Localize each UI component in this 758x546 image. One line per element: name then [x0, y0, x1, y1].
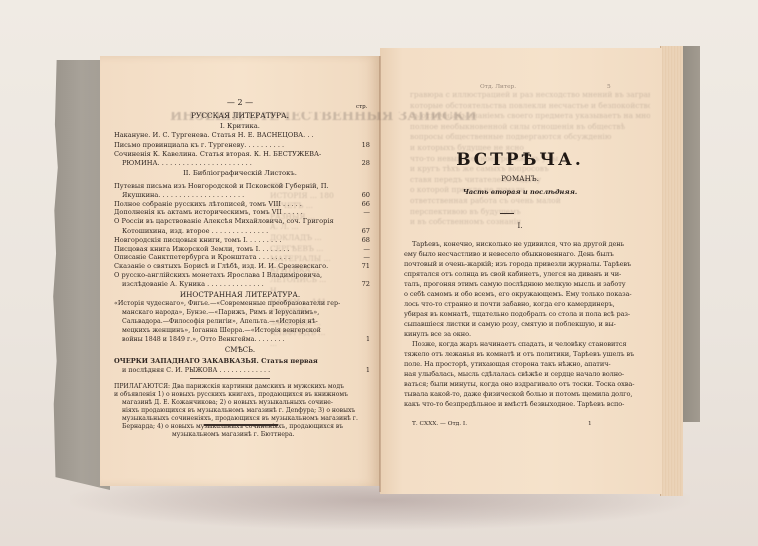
novel-title: ВСТРѢЧА.	[380, 150, 660, 170]
chapter-number: I.	[380, 222, 660, 230]
short-rule	[500, 213, 514, 214]
toc-entry: Сочиненія К. Кавелина. Статья вторая. К.…	[114, 150, 370, 159]
genre-label: РОМАНЪ.	[380, 174, 660, 183]
section-title-russian-literature: РУССКАЯ ЛИТЕРАТУРА.	[100, 111, 380, 120]
signature-number: 1	[588, 421, 592, 427]
page-column-label: стр.	[356, 104, 367, 110]
body-line: талъ, прогоняя этимъ самую послѣднюю мел…	[404, 279, 654, 290]
foreign-line: Сальвадора.—Философія религіи», Апельта.…	[114, 318, 370, 327]
body-line: тывала какой-то, даже физической болью и…	[404, 389, 654, 400]
left-page-number: — 2 —	[100, 98, 380, 107]
toc-entry: О Россіи въ царствованіе Алексѣя Михайло…	[114, 217, 370, 226]
toc-entry: Письмо провинциала къ г. Тургеневу. . . …	[114, 141, 370, 150]
body-line: ваться; были минуты, когда оно вздрагива…	[404, 379, 654, 390]
toc-entry: Дополненія къ актамъ историческимъ, томъ…	[114, 208, 370, 217]
part-label: Часть вторая и послѣдняя.	[380, 188, 660, 196]
body-line: ему было несчастливо и невесело обыкнове…	[404, 249, 654, 260]
toc-entry: изслѣдованіе А. Куника . . . . . . . . .…	[114, 280, 370, 289]
body-line: Тарѣевъ, конечно, нисколько не удивился,…	[404, 239, 654, 250]
page-stack-edges	[660, 46, 683, 496]
body-line: ная улыбалась, мысль сдѣлалась свѣжѣе и …	[404, 369, 654, 380]
body-line: сыпавшіеся листки и самую розу, смятую и…	[404, 319, 654, 330]
toc-entry: О русско-англійскихъ монетахъ Ярослава I…	[114, 271, 370, 280]
body-line: тяжело отъ лежанья въ комнатѣ и отъ поли…	[404, 349, 654, 360]
body-line: убирая въ комнатѣ, тщательно подобралъ с…	[404, 309, 654, 320]
ornamental-divider	[204, 424, 278, 426]
section-title-foreign-literature: ИНОСТРАННАЯ ЛИТЕРАТУРА.	[100, 290, 380, 299]
subsection-bibliographic-leaflet: II. Библіографическій Листокъ.	[100, 169, 380, 177]
running-head: Отд. Литер.	[480, 84, 516, 90]
body-line: о себѣ самомъ и обо всемъ, его окружающе…	[404, 289, 654, 300]
toc-entry: Новгородскія писцовыя книги, томъ I. . .…	[114, 236, 370, 245]
running-page-number: 5	[607, 84, 611, 90]
signature-mark: Т. CXXX. — Отд. I.	[412, 421, 467, 427]
foreign-line: манскаго народа», Бунзе.—«Парижъ, Римъ и…	[114, 309, 370, 318]
misc-line: и послѣдняя С. И. РЫЖОВА . . . . . . . .…	[114, 366, 370, 375]
body-line: лось что-то странно и почти забавно, ког…	[404, 299, 654, 310]
body-line: кинулъ все за окно.	[404, 329, 654, 340]
foreign-line: войны 1848 и 1849 г.», Отто Венкгейма. .…	[114, 336, 370, 345]
toc-entry: Путевыя письма изъ Новгородской и Псковс…	[114, 182, 370, 191]
section-title-miscellany: СМѢСЬ.	[100, 346, 380, 354]
toc-entry: Сказаніе о святыхъ Борисѣ и Глѣбѣ, изд. …	[114, 262, 370, 271]
subsection-criticism: I. Критика.	[100, 122, 380, 130]
misc-line: ОЧЕРКИ ЗАПАДНАГО ЗАКАВКАЗЬЯ. Статья перв…	[114, 357, 370, 366]
toc-entry: Якушкина. . . . . . . . . . . . . . . . …	[114, 191, 370, 200]
body-line: Позже, когда жаръ начинаетъ спадать, и ч…	[404, 339, 654, 350]
divider-rule	[190, 378, 270, 379]
toc-entry: Описаніе Санктпетербурга и Кронштата . .…	[114, 253, 370, 262]
toc-entry: РЮМИНА. . . . . . . . . . . . . . . . . …	[114, 159, 370, 168]
toc-entry: Котошихина, изд. второе . . . . . . . . …	[114, 227, 370, 236]
foreign-line: «Исторія чудеснаго», Фигье.—«Современные…	[114, 300, 370, 309]
appendix-line: музыкальномъ магазинѣ г. Бюттнера.	[114, 431, 370, 440]
body-line: поле. На просторѣ, утихающая сторона так…	[404, 359, 654, 370]
foreign-line: мецкихъ женщинъ», Іоганна Шерра.—«Исторі…	[114, 327, 370, 336]
body-line: какъ что-то безпредѣльное и вмѣстѣ безвы…	[404, 399, 654, 410]
body-line: спрятался отъ солнца въ свой кабинетъ, у…	[404, 269, 654, 280]
toc-entry: Накануне. И. С. Тургенева. Статья Н. Е. …	[114, 131, 370, 140]
body-line: почтовый и очень-жаркій; изъ города прив…	[404, 259, 654, 270]
